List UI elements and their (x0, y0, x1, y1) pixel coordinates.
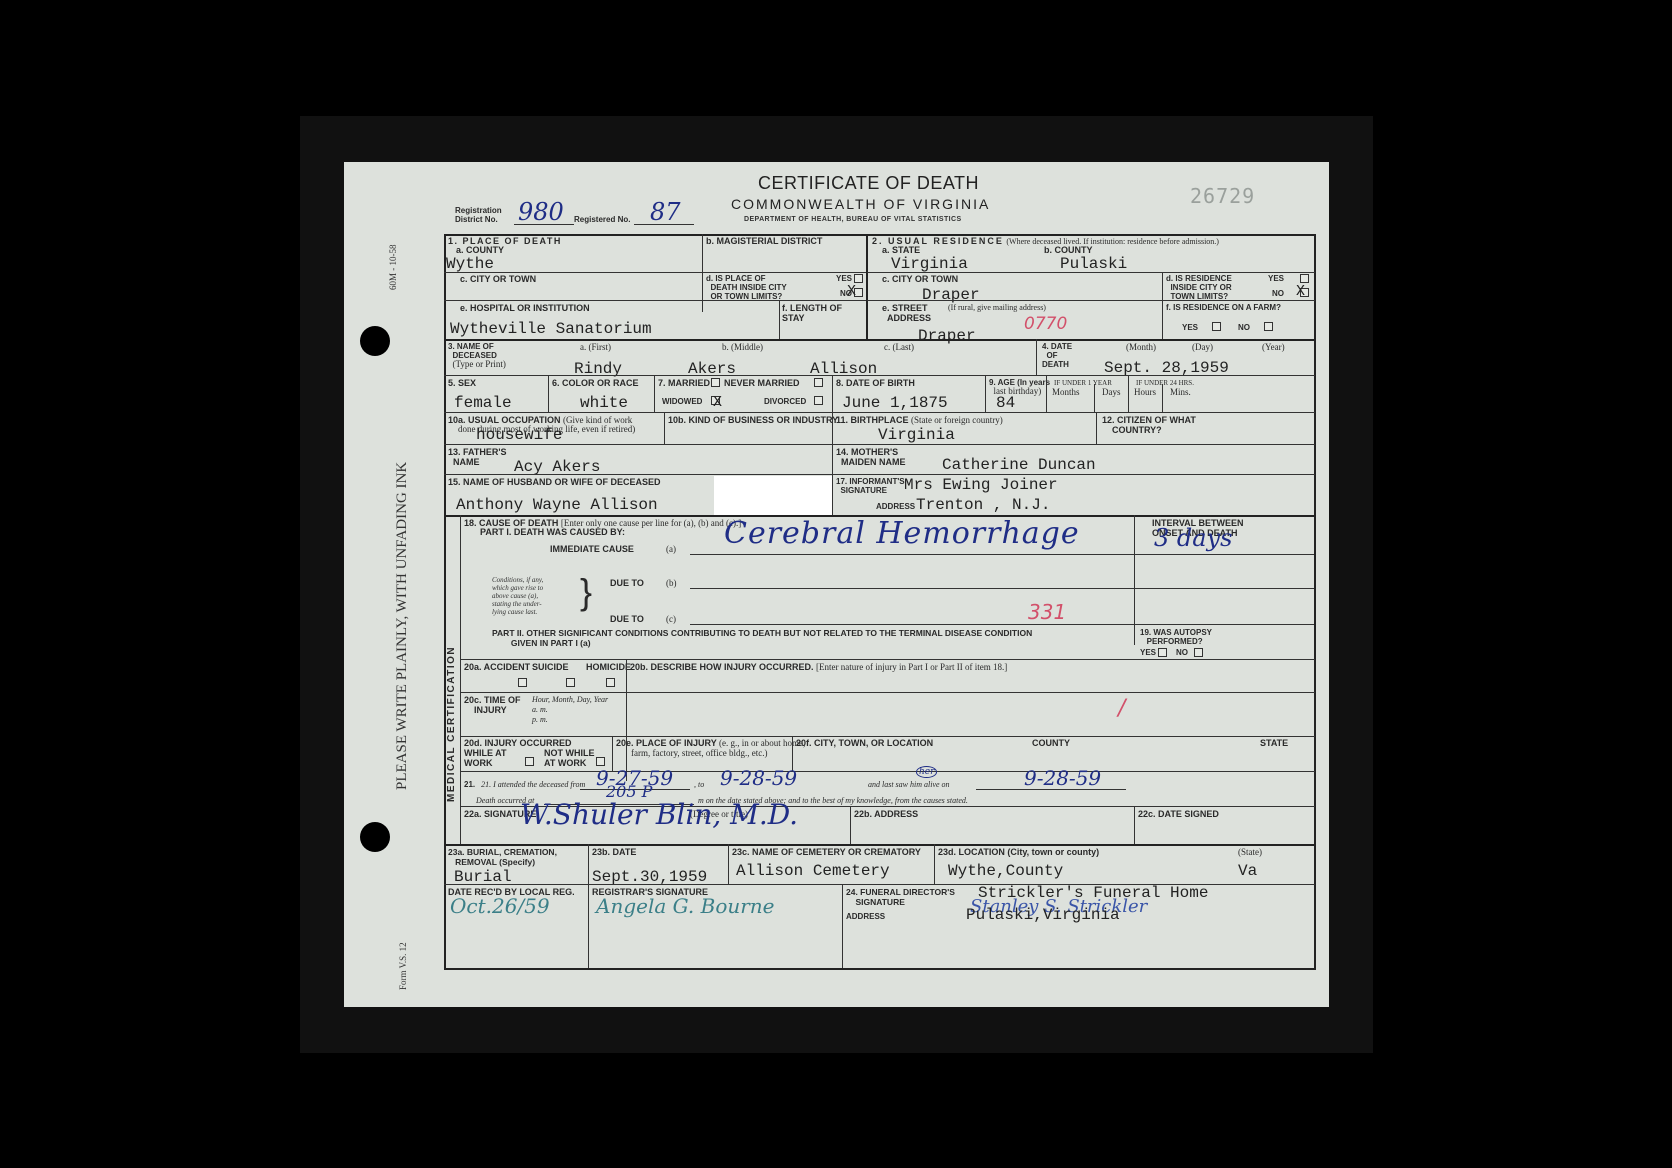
divider (832, 375, 833, 412)
date-signed-label: 22c. DATE SIGNED (1138, 809, 1219, 819)
funeral-director-label: 24. FUNERAL DIRECTOR'S SIGNATURE (846, 887, 955, 907)
never-married-checkbox[interactable] (814, 378, 823, 387)
while-at-work-checkbox[interactable] (525, 757, 534, 766)
residence-city: Draper (922, 286, 980, 304)
part2-label: PART II. OTHER SIGNIFICANT CONDITIONS CO… (492, 628, 1032, 648)
divider (1036, 339, 1037, 375)
residence-inside-no-label: NO (1272, 289, 1284, 299)
cause-code: 331 (1028, 600, 1066, 624)
b-marker: (b) (666, 578, 677, 588)
interval-value: 3 days (1154, 524, 1232, 552)
redacted-area (714, 476, 832, 516)
street-note: (If rural, give mailing address) (948, 303, 1046, 313)
mother-maiden-name: Catherine Duncan (942, 456, 1096, 474)
immediate-cause-label: IMMEDIATE CAUSE (550, 544, 634, 554)
father-label: 13. FATHER'S NAME (448, 447, 507, 467)
deceased-race: white (580, 394, 628, 412)
part1-label: PART I. DEATH WAS CAUSED BY: (480, 527, 625, 537)
race-label: 6. COLOR OR RACE (552, 378, 639, 388)
last-name-label: c. (Last) (884, 342, 914, 352)
funeral-address: Pulaski,Virginia (966, 906, 1120, 924)
informant-name: Mrs Ewing Joiner (904, 476, 1058, 494)
registration-district-label: RegistrationDistrict No. (455, 206, 502, 224)
physician-signature: W.Shuler Blin, M.D. (520, 798, 798, 831)
divider (548, 375, 549, 412)
injury-county-label: COUNTY (1032, 738, 1070, 748)
farm-no-label: NO (1238, 323, 1250, 333)
farm-yes-label: YES (1182, 323, 1198, 333)
married-label: 7. MARRIED (658, 378, 710, 388)
suicide-checkbox[interactable] (566, 678, 575, 687)
occupation: housewife (476, 426, 562, 444)
time-of-injury-label: 20c. TIME OF INJURY (464, 695, 521, 715)
divider (842, 884, 843, 968)
brace: } (580, 572, 592, 612)
divider (1134, 624, 1314, 625)
form-right-border (1314, 234, 1316, 969)
conditions-note: Conditions, if any,which gave rise toabo… (492, 576, 543, 616)
day-label: (Day) (1192, 342, 1213, 352)
district-number: 980 (518, 198, 564, 226)
divider (1134, 588, 1314, 589)
divider (444, 272, 866, 273)
hours-label: Hours (1134, 387, 1156, 397)
divider (460, 771, 1315, 772)
farm-label: f. IS RESIDENCE ON A FARM? (1166, 303, 1281, 313)
informant-label: 17. INFORMANT'S SIGNATURE (836, 477, 905, 495)
registered-label: Registered No. (574, 215, 630, 225)
mother-label: 14. MOTHER'S MAIDEN NAME (836, 447, 906, 467)
residence-city-label: c. CITY OR TOWN (882, 274, 958, 284)
residence-county-label: b. COUNTY (1044, 245, 1093, 255)
days-label: Days (1102, 387, 1121, 397)
homicide-checkbox[interactable] (606, 678, 615, 687)
never-married-label: NEVER MARRIED (724, 378, 800, 388)
autopsy-yes-checkbox[interactable] (1158, 648, 1167, 657)
divider (779, 300, 780, 340)
street-code: 0770 (1024, 314, 1067, 334)
first-name-label: a. (First) (580, 342, 611, 352)
divider (1134, 554, 1314, 555)
length-of-stay-label: f. LENGTH OFSTAY (782, 303, 842, 323)
cemetery-label: 23c. NAME OF CEMETERY OR CREMATORY (732, 847, 921, 857)
divider (728, 844, 729, 884)
deceased-age: 84 (996, 394, 1015, 412)
binder-hole-bottom (360, 822, 390, 852)
c-marker: (c) (666, 614, 676, 624)
injury-state-label: STATE (1260, 738, 1288, 748)
document-subtitle: COMMONWEALTH OF VIRGINIA (731, 196, 990, 212)
citizen-label: 12. CITIZEN OF WHAT COUNTRY? (1102, 415, 1196, 435)
accident-checkbox[interactable] (518, 678, 527, 687)
pronoun-correction: her (916, 766, 937, 778)
date-of-birth: June 1,1875 (842, 394, 948, 412)
birthplace: Virginia (878, 426, 955, 444)
spouse-name: Anthony Wayne Allison (456, 496, 658, 514)
death-certificate: 60M - 10-58 PLEASE WRITE PLAINLY, WITH U… (344, 162, 1329, 1007)
divider (1094, 384, 1095, 412)
divider (460, 659, 1315, 660)
residence-inside-no-mark: X (1296, 283, 1305, 300)
divider (832, 474, 833, 516)
mins-label: Mins. (1170, 387, 1191, 397)
divider (444, 375, 1315, 376)
residence-state-label: a. STATE (882, 245, 920, 255)
residence-inside-limits-label: d. IS RESIDENCE INSIDE CITY OR TOWN LIMI… (1166, 274, 1232, 301)
hospital-name: Wytheville Sanatorium (450, 320, 652, 338)
divider (444, 339, 1315, 341)
divider (867, 272, 1315, 273)
divider (444, 474, 1315, 475)
divider (1162, 384, 1163, 412)
divider (444, 844, 1315, 846)
farm-no-checkbox[interactable] (1264, 322, 1273, 331)
residence-inside-yes-checkbox[interactable] (1300, 274, 1309, 283)
date-of-birth-label: 8. DATE OF BIRTH (836, 378, 915, 388)
divider (1134, 806, 1135, 845)
divider (832, 412, 833, 444)
widowed-mark: X (713, 394, 722, 411)
magisterial-district-label: b. MAGISTERIAL DISTRICT (706, 236, 822, 246)
cemetery-name: Allison Cemetery (736, 862, 890, 880)
document-title: CERTIFICATE OF DEATH (758, 173, 979, 194)
burial-state-label: (State) (1238, 847, 1262, 857)
not-while-at-work-label: NOT WHILEAT WORK (544, 748, 595, 768)
divider (626, 659, 627, 781)
form-left-border (444, 234, 446, 969)
divorced-label: DIVORCED (764, 397, 806, 407)
c-line (690, 624, 1134, 625)
informant-address-label: ADDRESS (876, 502, 915, 512)
divider (444, 444, 1315, 445)
farm-yes-checkbox[interactable] (1212, 322, 1221, 331)
injury-city-label: 20f. CITY, TOWN, OR LOCATION (796, 738, 933, 748)
divider (460, 515, 461, 845)
divider (1162, 272, 1163, 340)
divider (850, 806, 851, 845)
physician-address-label: 22b. ADDRESS (854, 809, 918, 819)
b-line (690, 588, 1134, 589)
divorced-checkbox[interactable] (814, 396, 823, 405)
red-mark: / (1118, 696, 1125, 721)
a-line (690, 554, 1134, 555)
last-seen-label: and last saw him alive on (868, 780, 950, 790)
residence-inside-yes-label: YES (1268, 274, 1284, 284)
inside-limits-label: d. IS PLACE OF DEATH INSIDE CITY OR TOWN… (706, 274, 787, 301)
divider (866, 234, 868, 340)
informant-address: Trenton , N.J. (916, 496, 1050, 514)
married-checkbox[interactable] (711, 378, 720, 387)
due-to-c-label: DUE TO (610, 614, 644, 624)
divider (460, 692, 1315, 693)
registered-number: 87 (650, 198, 681, 226)
due-to-b-label: DUE TO (610, 578, 644, 588)
residence-county: Pulaski (1060, 255, 1127, 273)
date-received: Oct.26/59 (450, 894, 550, 918)
autopsy-no-checkbox[interactable] (1194, 648, 1203, 657)
sex-label: 5. SEX (448, 378, 476, 388)
residence-state: Virginia (891, 255, 968, 273)
street-label: e. STREET ADDRESS (882, 303, 931, 323)
hospital-label: e. HOSPITAL OR INSTITUTION (460, 303, 590, 313)
burial-method-label: 23a. BURIAL, CREMATION, REMOVAL (Specify… (448, 847, 557, 867)
widowed-label: WIDOWED (662, 397, 702, 407)
burial-location: Wythe,County (948, 862, 1063, 880)
form-bottom-border (444, 968, 1316, 970)
month-label: (Month) (1126, 342, 1156, 352)
describe-injury-label: 20b. DESCRIBE HOW INJURY OCCURRED. [Ente… (630, 662, 1007, 672)
form-name: Form V.S. 12 (398, 942, 408, 990)
not-while-at-work-checkbox[interactable] (596, 757, 605, 766)
binder-hole-top (360, 326, 390, 356)
burial-location-label: 23d. LOCATION (City, town or county) (938, 847, 1099, 857)
divider (588, 884, 589, 968)
certificate-number: 26729 (1190, 184, 1255, 208)
time-note: Hour, Month, Day, Yeara. m.p. m. (532, 695, 608, 725)
county-label: a. COUNTY (456, 245, 504, 255)
medical-certification-label: MEDICAL CERTIFICATION (447, 646, 457, 802)
attended-label: 21. 21. I attended the deceased from (464, 780, 585, 790)
business-label: 10b. KIND OF BUSINESS OR INDUSTRY (668, 415, 838, 425)
divider (1128, 375, 1129, 412)
divider (1096, 412, 1097, 444)
last-seen-date: 9-28-59 (1024, 766, 1101, 790)
divider (1046, 375, 1047, 412)
death-inside-yes-checkbox[interactable] (854, 274, 863, 283)
birthplace-label: 11. BIRTHPLACE (State or foreign country… (836, 415, 1003, 425)
deceased-sex: female (454, 394, 512, 412)
months-label: Months (1052, 387, 1080, 397)
burial-state: Va (1238, 862, 1257, 880)
divider (444, 300, 866, 301)
divider (654, 375, 655, 412)
residence-street: Draper (918, 327, 976, 345)
autopsy-label: 19. WAS AUTOPSY PERFORMED? (1140, 628, 1212, 646)
divider (985, 375, 986, 412)
burial-date-label: 23b. DATE (592, 847, 636, 857)
registrar-signature: Angela G. Bourne (596, 894, 775, 918)
divider (460, 736, 1315, 737)
department-line: DEPARTMENT OF HEALTH, BUREAU OF VITAL ST… (744, 216, 962, 223)
date-of-death-label: 4. DATE OFDEATH (1042, 342, 1072, 369)
accident-label: 20a. ACCIDENT (464, 662, 530, 672)
middle-name-label: b. (Middle) (722, 342, 763, 352)
divider (664, 412, 665, 444)
a-marker: (a) (666, 544, 676, 554)
city-label: c. CITY OR TOWN (460, 274, 536, 284)
divider (832, 444, 833, 474)
suicide-label: SUICIDE (532, 662, 569, 672)
immediate-cause: Cerebral Hemorrhage (724, 516, 1080, 551)
margin-instruction: PLEASE WRITE PLAINLY, WITH UNFADING INK (394, 462, 411, 790)
divider (1134, 515, 1135, 645)
form-code: 60M - 10-58 (388, 245, 398, 291)
place-of-injury-label: 20e. PLACE OF INJURY (e. g., in or about… (616, 738, 805, 758)
homicide-label: HOMICIDE (586, 662, 631, 672)
death-inside-no-mark: X (847, 283, 856, 300)
year-label: (Year) (1262, 342, 1285, 352)
divider (867, 300, 1315, 301)
to-label: , to (694, 780, 704, 790)
death-county: Wythe (446, 255, 494, 273)
name-of-deceased-label: 3. NAME OF DECEASED (Type or Print) (448, 342, 506, 369)
spouse-label: 15. NAME OF HUSBAND OR WIFE OF DECEASED (448, 477, 661, 487)
autopsy-no-label: NO (1176, 648, 1188, 658)
divider (588, 844, 589, 884)
autopsy-yes-label: YES (1140, 648, 1156, 658)
funeral-address-label: ADDRESS (846, 912, 885, 922)
divider (934, 844, 935, 884)
divider (444, 412, 1315, 413)
attended-to: 9-28-59 (720, 766, 797, 790)
